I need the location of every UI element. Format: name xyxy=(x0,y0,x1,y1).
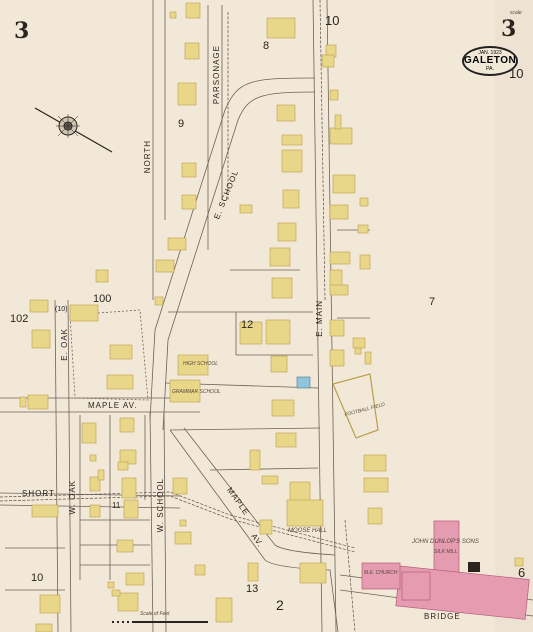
block-10-top: 10 xyxy=(325,13,339,28)
label-grammar-school: GRAMMAR SCHOOL xyxy=(172,389,221,395)
street-parsonage: PARSONAGE xyxy=(212,45,221,104)
block-102: 102 xyxy=(10,313,28,325)
street-e-main: E. MAIN xyxy=(315,300,324,337)
street-bridge: BRIDGE xyxy=(424,612,461,621)
badge-city: GALETON xyxy=(464,56,516,66)
map-linework xyxy=(0,0,533,632)
block-10-bottom: 10 xyxy=(31,572,43,584)
adjoining-sheet-top-right: 10 xyxy=(509,66,523,81)
sheet-number-right: 3 xyxy=(501,16,516,42)
block-7: 7 xyxy=(429,296,435,308)
label-high-school: HIGH SCHOOL xyxy=(183,361,218,367)
sheet-number-left: 3 xyxy=(14,18,29,44)
block-11: 11 xyxy=(112,501,120,510)
block-9: 9 xyxy=(178,118,184,130)
street-north: NORTH xyxy=(143,140,152,173)
corner-note: scale xyxy=(510,10,522,16)
street-maple-av: MAPLE AV. xyxy=(88,401,137,410)
block-100: 100 xyxy=(93,293,111,305)
label-moose-hall: MOOSE HALL xyxy=(288,528,327,534)
street-w-school: W. SCHOOL xyxy=(156,478,165,532)
scale-label: Scale of Feet xyxy=(140,611,169,617)
oak-number: (10) xyxy=(55,306,67,313)
adjoining-sheet-right: 6 xyxy=(518,565,525,580)
adjoining-sheet-bottom: 2 xyxy=(276,597,284,613)
street-short: SHORT xyxy=(22,489,55,498)
label-silk-mill-owner: JOHN DUNLOP'S SONS xyxy=(412,539,479,545)
block-13: 13 xyxy=(246,583,258,595)
sanborn-map-sheet: 3 3 scale JAN. 1923 GALETON PA. 10 6 2 8… xyxy=(0,0,533,632)
label-silk-mill: SILK MILL xyxy=(434,549,457,555)
block-8: 8 xyxy=(263,40,269,52)
street-e-oak: E. OAK xyxy=(60,328,69,361)
street-w-oak: W. OAK xyxy=(68,480,77,514)
block-12: 12 xyxy=(241,319,253,331)
label-me-church: M.E. CHURCH xyxy=(364,570,397,576)
